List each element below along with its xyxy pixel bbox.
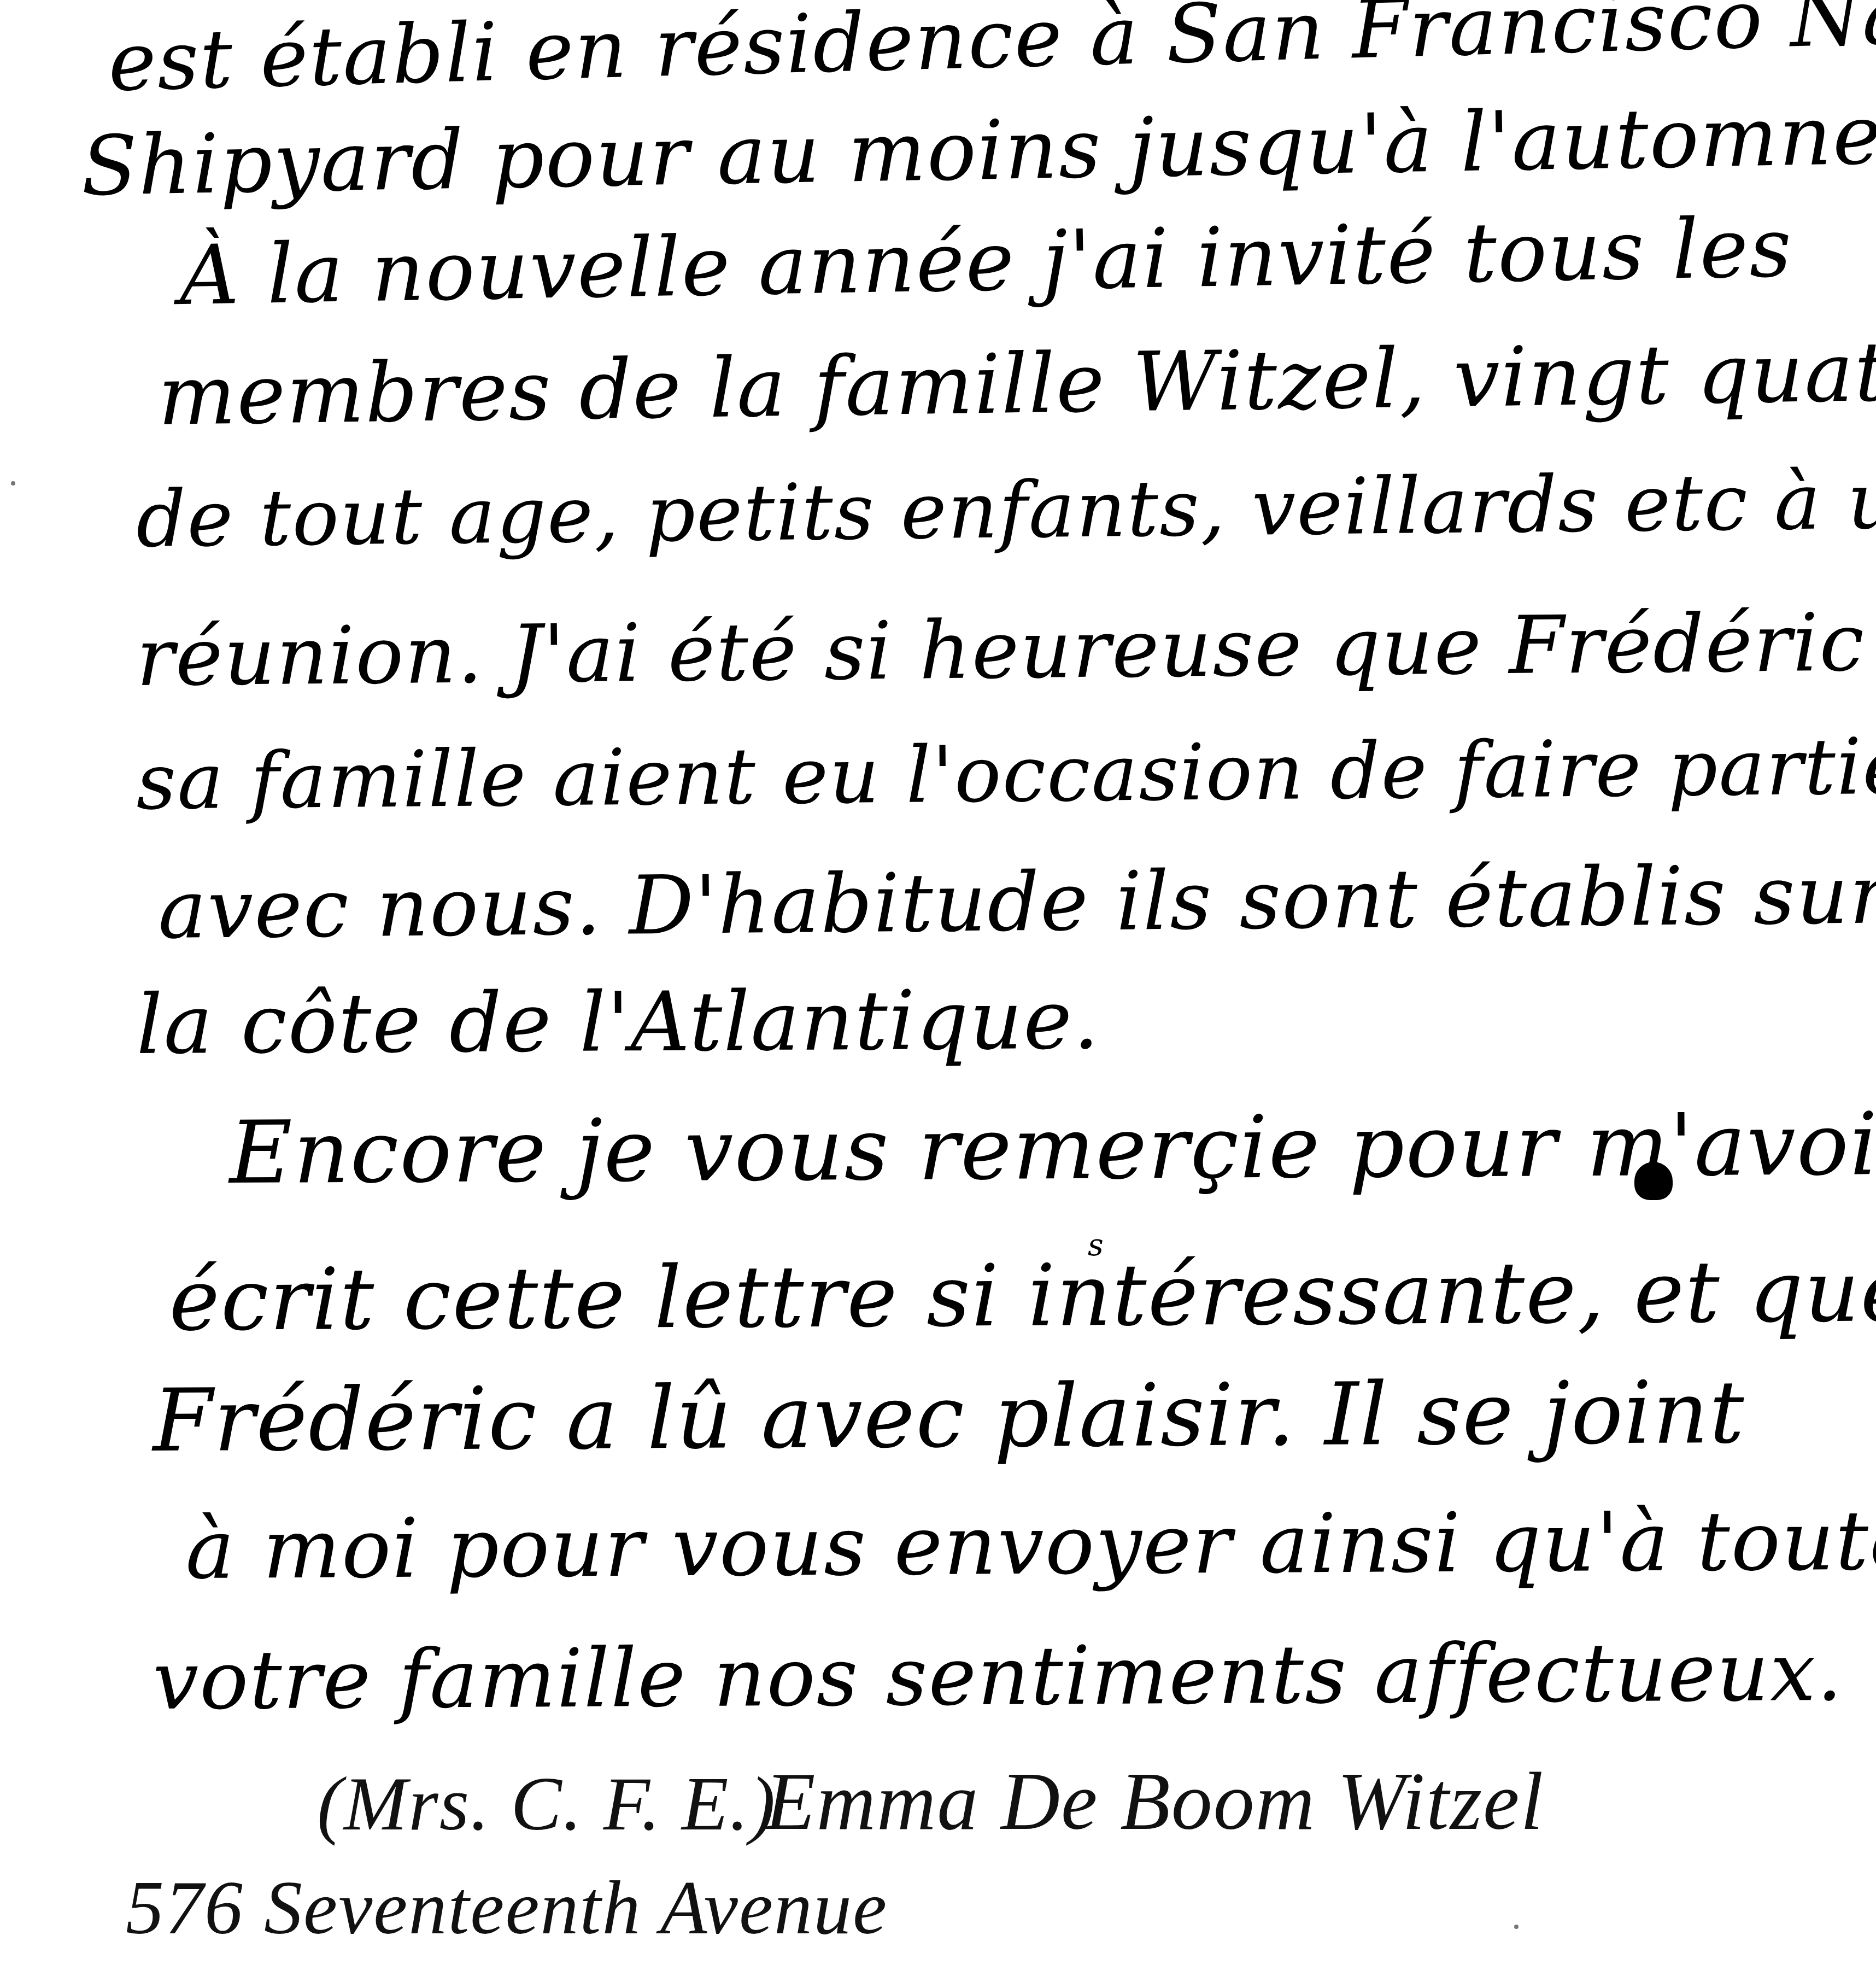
letter-line-8: avec nous. D'habitude ils sont établis s… <box>158 854 1876 950</box>
letter-line-2: Shipyard pour au moins jusqu'à l'automne… <box>80 94 1876 208</box>
letter-line-10: Encore je vous remerçie pour m'avoir <box>229 1101 1876 1196</box>
letter-line-4: membres de la famille Witzel, vingt quat… <box>157 330 1876 437</box>
signature-name: Emma De Boom Witzel <box>765 1761 1544 1843</box>
letter-line-7: sa famille aient eu l'occasion de faire … <box>136 728 1876 821</box>
scanned-letter-page: est établi en résidence à San Francisco … <box>0 0 1876 1988</box>
letter-line-6: réunion. J'ai été si heureuse que Frédér… <box>136 602 1876 698</box>
letter-line-9: la côte de l'Atlantique. <box>136 979 1100 1066</box>
letter-line-3: À la nouvelle année j'ai invité tous les <box>179 207 1793 317</box>
letter-line-11: écrit cette lettre si intéressante, et q… <box>169 1248 1876 1343</box>
letter-line-14: votre famille nos sentiments affectueux. <box>153 1632 1844 1721</box>
ink-blot <box>1634 1162 1673 1200</box>
letter-line-1: est établi en résidence à San Francisco … <box>107 0 1876 103</box>
scan-speck <box>1514 1925 1519 1929</box>
letter-line-13: à moi pour vous envoyer ainsi qu'à toute <box>185 1500 1876 1591</box>
signature-title: (Mrs. C. F. E.) <box>317 1766 776 1843</box>
letter-line-12: Frédéric a lû avec plaisir. Il se joint <box>153 1370 1745 1464</box>
scan-speck <box>11 481 15 486</box>
return-address: 576 Seventeenth Avenue <box>126 1870 888 1946</box>
letter-line-5: de tout age, petits enfants, veillards e… <box>136 461 1876 559</box>
